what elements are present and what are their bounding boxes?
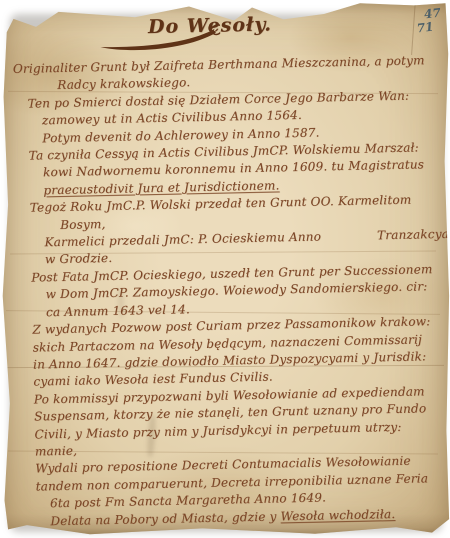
document-title-row: Do Wesoły. — [90, 4, 441, 55]
manuscript-line-segment: Karmelici przedali JmC: P. Ocieskiemu An… — [44, 230, 321, 250]
manuscript-line-segment: manie, — [35, 444, 78, 459]
manuscript-line-segment: w Grodzie. — [45, 251, 113, 266]
manuscript-text: Originaliter Grunt był Zaifreta Berthman… — [13, 52, 450, 531]
manuscript-line-segment: Delata na Pobory od Miasta, gdzie y — [50, 509, 280, 528]
manuscript-line-segment: ca Annum 1643 vel 14. — [46, 302, 190, 319]
manuscript-line-segment: cyami iako Wesoła iest Fundus Civilis. — [33, 370, 273, 389]
manuscript-line-segment: Bosym, — [60, 217, 106, 232]
manuscript-content: Do Wesoły. Originaliter Grunt był Zaifre… — [12, 0, 450, 531]
manuscript-line-segment: praecustodivit Jura et Jurisdictionem. — [43, 178, 279, 197]
document-title: Do Wesoły. — [148, 13, 272, 38]
manuscript-line-segment: Tranzakcya — [377, 227, 449, 243]
scan-background: 47 71 Do Wesoły. Originaliter Grunt był … — [0, 0, 450, 538]
manuscript-page: 47 71 Do Wesoły. Originaliter Grunt był … — [0, 0, 450, 538]
manuscript-line-segment: Radcy krakowskiego. — [57, 76, 190, 93]
manuscript-line-segment: Wesoła wchodziła. — [280, 507, 395, 523]
manuscript-line-segment: zamowey ut in Actis Civilibus Anno 1564. — [42, 108, 302, 127]
